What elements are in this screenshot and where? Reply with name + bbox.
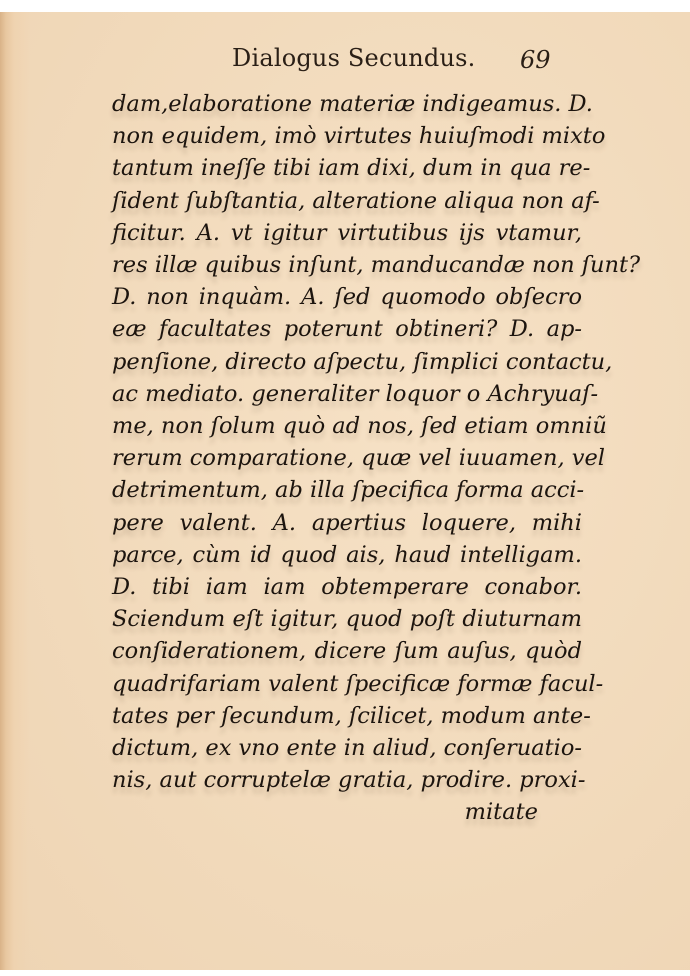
text-line: conſiderationem, dicere ſum auſus, quòd [112,635,582,667]
page-header: Dialogus Secundus. 69 [0,42,690,82]
running-title: Dialogus Secundus. [232,44,475,72]
body-text: dam,elaboratione materiæ indigeamus. D. … [112,88,582,829]
catchword: mitate [112,796,582,828]
book-page: Dialogus Secundus. 69 dam,elaboratione m… [0,12,690,970]
text-line: Sciendum eſt igitur, quod poſt diuturnam [112,603,582,635]
text-line: D. non inquàm. A. ſed quomodo obſecro [112,281,582,313]
text-line: eæ facultates poterunt obtineri? D. ap- [112,313,582,345]
text-line: dam,elaboratione materiæ indigeamus. D. [112,88,582,120]
text-line: detrimentum, ab illa ſpecifica forma acc… [112,474,582,506]
text-line: ac mediato. generaliter loquor o Achryua… [112,378,582,410]
page-number: 69 [520,46,551,74]
text-line: rerum comparatione, quæ vel iuuamen, vel [112,442,582,474]
text-line: D. tibi iam iam obtemperare conabor. [112,571,582,603]
text-line: parce, cùm id quod ais, haud intelligam. [112,539,582,571]
text-line: res illæ quibus inſunt, manducandæ non ſ… [112,249,582,281]
text-line: pere valent. A. apertius loquere, mihi [112,507,582,539]
text-line: ſident ſubſtantia, alteratione aliqua no… [112,185,582,217]
text-line: dictum, ex vno ente in aliud, conſeruati… [112,732,582,764]
text-line: penſione, directo aſpectu, ſimplici cont… [112,346,582,378]
text-line: me, non ſolum quò ad nos, ſed etiam omni… [112,410,582,442]
text-line: quadrifariam valent ſpecificæ formæ facu… [112,668,582,700]
text-line: ficitur. A. vt igitur virtutibus ijs vta… [112,217,582,249]
text-line: non equidem, imò virtutes huiuſmodi mixt… [112,120,582,152]
text-line: nis, aut corruptelæ gratia, prodire. pro… [112,764,582,796]
text-line: tantum ineſſe tibi iam dixi, dum in qua … [112,152,582,184]
text-line: tates per ſecundum, ſcilicet, modum ante… [112,700,582,732]
